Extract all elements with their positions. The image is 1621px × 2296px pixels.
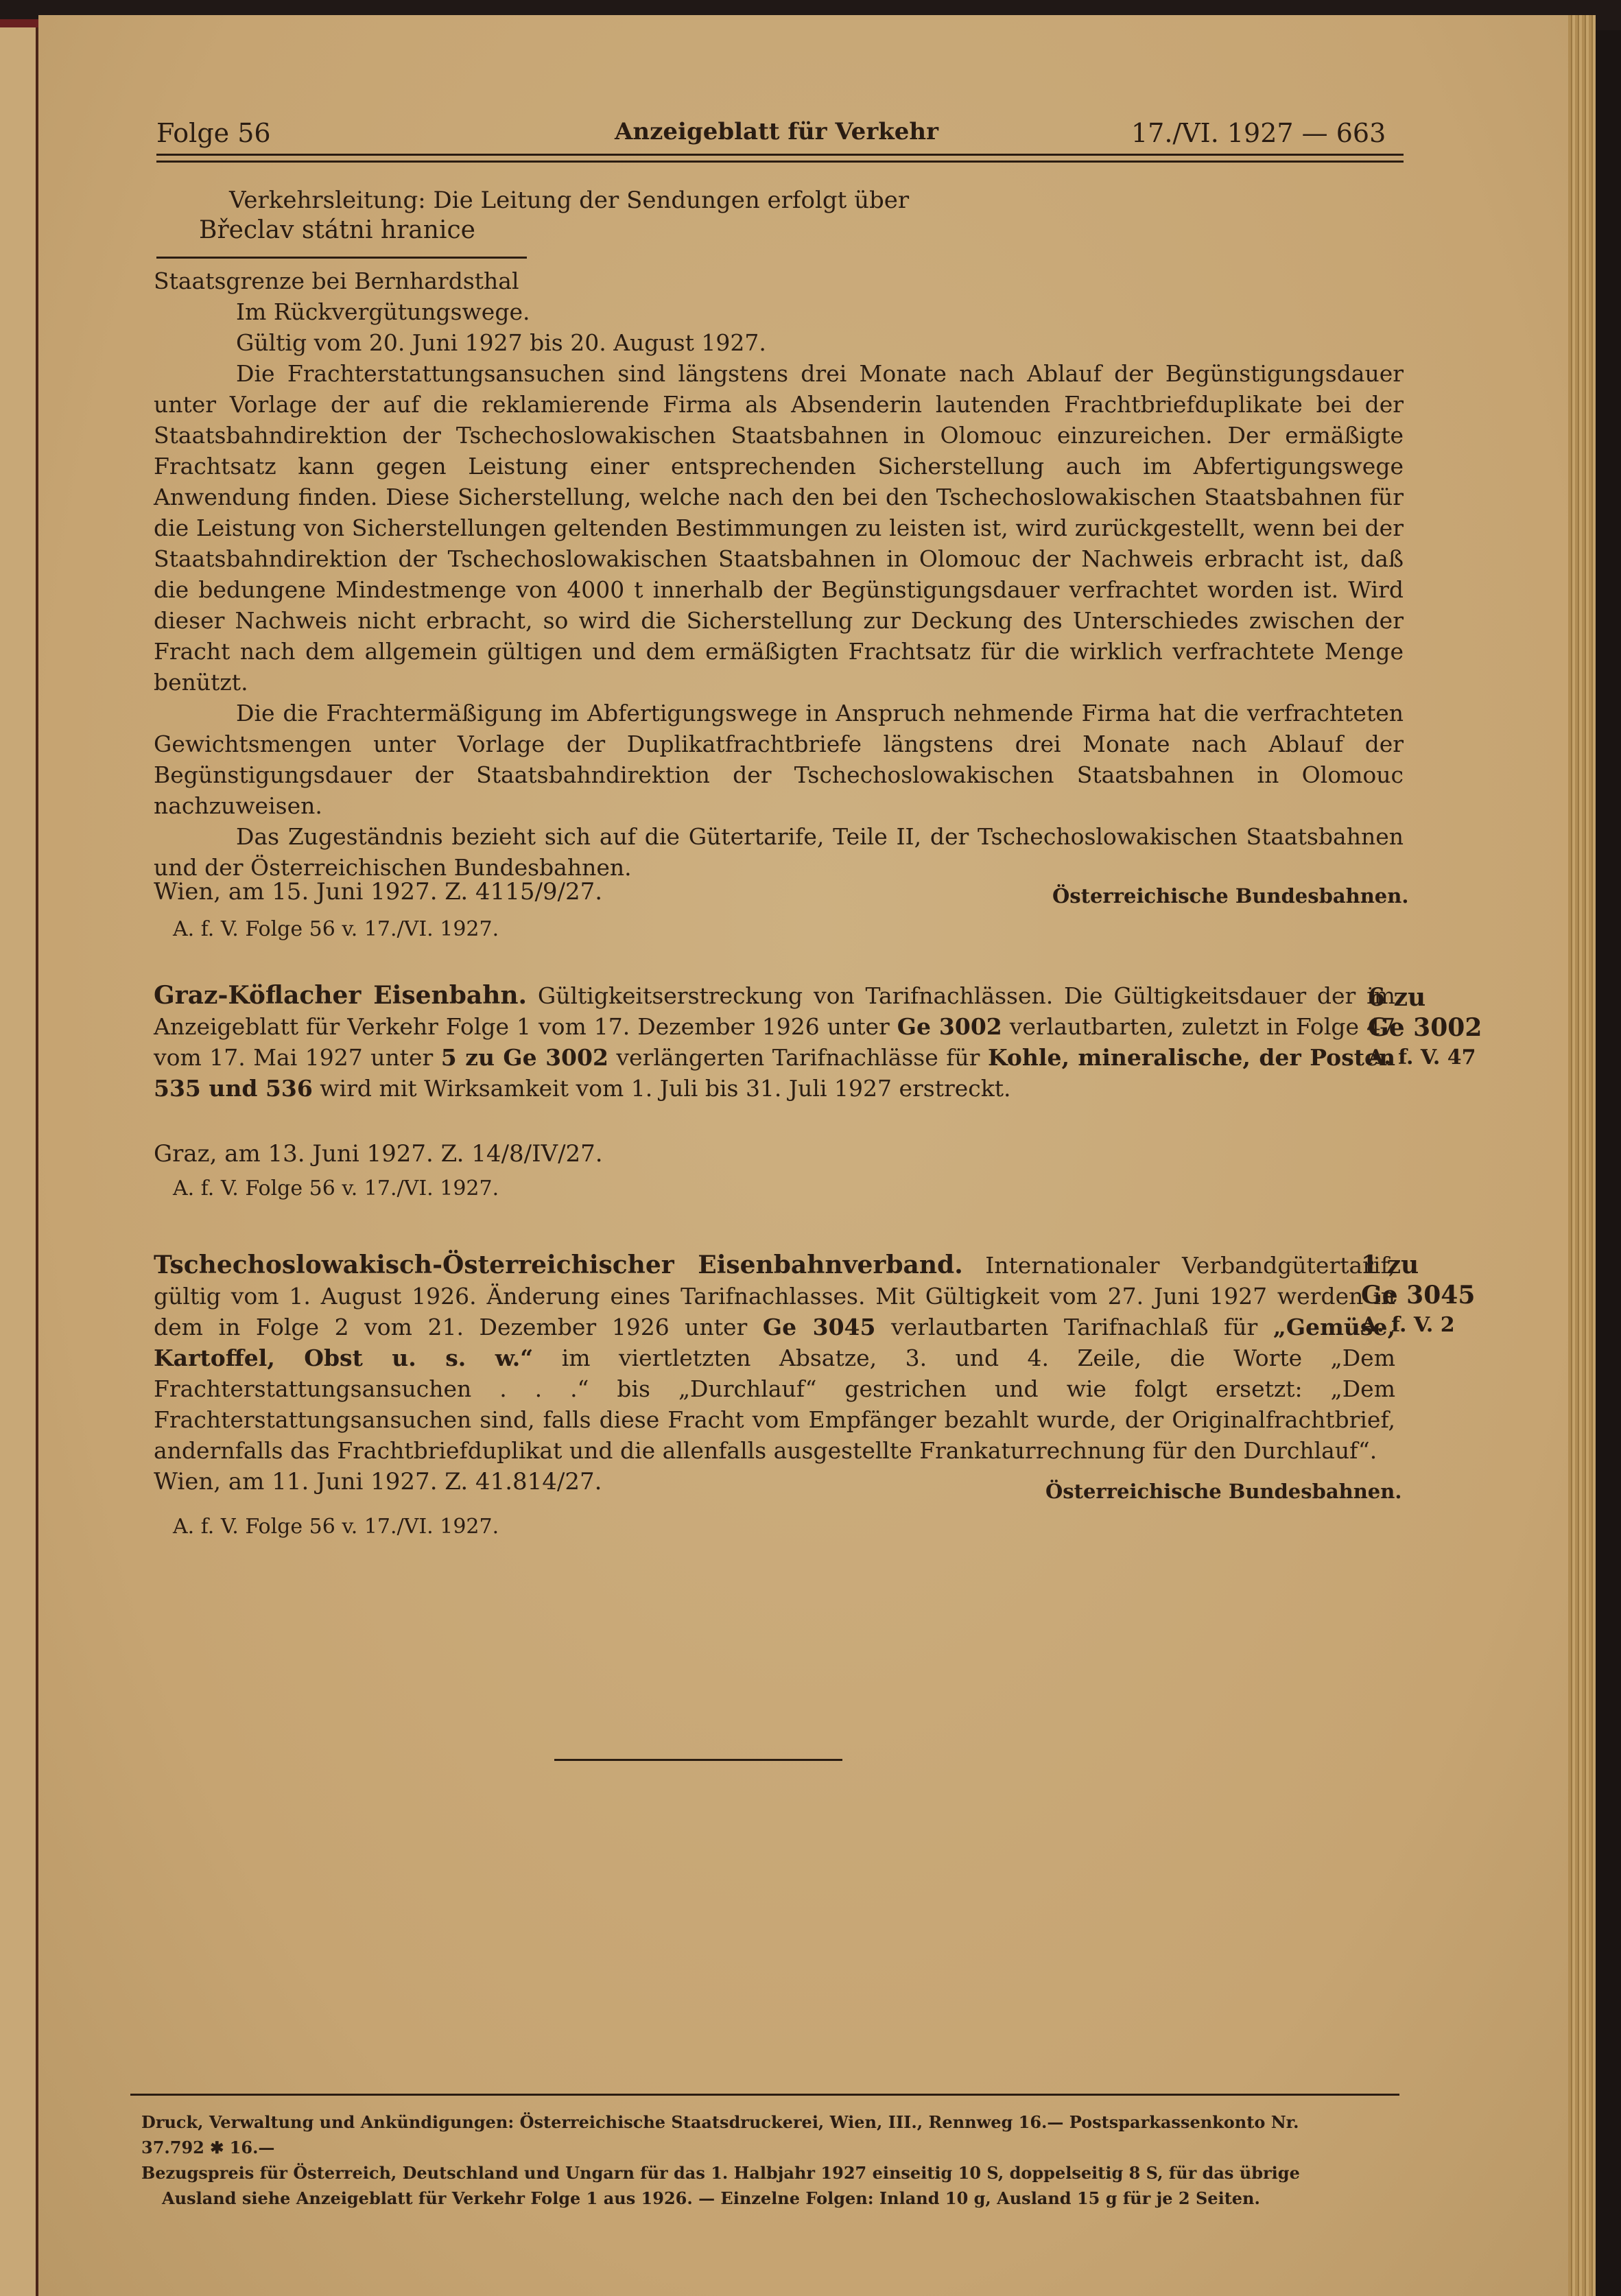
section3-tariff-ref: Ge 3045: [763, 1314, 876, 1340]
page-edges: [1568, 15, 1596, 2296]
paragraph-2: Die die Frachtermäßigung im Abfertigungs…: [154, 698, 1404, 821]
section2-body: Graz-Köflacher Eisenbahn. Gültigkeitsers…: [154, 980, 1395, 1104]
end-of-content-rule: [554, 1759, 842, 1761]
date-page-number: 17./VI. 1927 — 663: [1131, 118, 1386, 148]
previous-page-edge: [0, 27, 38, 2296]
section2-tariff-ref: Ge 3002: [897, 1013, 1002, 1040]
imprint-line-1: Druck, Verwaltung und Ankündigungen: Öst…: [141, 2109, 1362, 2160]
section3-signature: Österreichische Bundesbahnen.: [1045, 1480, 1401, 1503]
footer-rule: [130, 2094, 1399, 2096]
header-rule-bottom: [156, 161, 1404, 163]
section3-body: Tschechoslowakisch-Österreichischer Eise…: [154, 1250, 1395, 1466]
imprint-footer: Druck, Verwaltung und Ankündigungen: Öst…: [141, 2109, 1362, 2211]
header-rule-top: [156, 154, 1404, 156]
imprint-line-2: Bezugspreis für Österreich, Deutschland …: [141, 2160, 1362, 2186]
document-page: Folge 56 Anzeigeblatt für Verkehr 17./VI…: [38, 15, 1596, 2296]
routing-german: Staatsgrenze bei Bernhardsthal: [154, 265, 1404, 296]
section2-title: Graz-Köflacher Eisenbahn.: [154, 981, 527, 1010]
publication-title: Anzeigeblatt für Verkehr: [615, 118, 938, 145]
section1-reference: A. f. V. Folge 56 v. 17./VI. 1927.: [173, 917, 499, 941]
validity-period: Gültig vom 20. Juni 1927 bis 20. August …: [154, 327, 1404, 358]
routing-rule: [156, 257, 527, 259]
routing-czech: Břeclav státni hranice: [199, 216, 475, 244]
section2-place-date: Graz, am 13. Juni 1927. Z. 14/8/IV/27.: [154, 1140, 603, 1168]
section3-margin-note: 1 zu Ge 3045 A. f. V. 2: [1361, 1250, 1475, 1340]
section2-tariff-ref-2: 5 zu Ge 3002: [441, 1044, 608, 1071]
section3-place-date: Wien, am 11. Juni 1927. Z. 41.814/27.: [154, 1468, 602, 1495]
section3-text-2: verlautbarten Tarifnachlaß für: [875, 1314, 1273, 1340]
routing-label: Verkehrsleitung: Die Leitung der Sendung…: [229, 187, 909, 214]
paragraph-1: Die Frachterstattungsansuchen sind längs…: [154, 358, 1404, 698]
section1-body: Staatsgrenze bei Bernhardsthal Im Rückve…: [154, 265, 1404, 883]
paragraph-3: Das Zugeständnis bezieht sich auf die Gü…: [154, 821, 1404, 883]
issue-number: Folge 56: [156, 118, 271, 148]
section2-margin-note: 6 zu Ge 3002 A. f. V. 47: [1368, 982, 1482, 1073]
section2-reference: A. f. V. Folge 56 v. 17./VI. 1927.: [173, 1176, 499, 1200]
section1-place-date: Wien, am 15. Juni 1927. Z. 4115/9/27.: [154, 878, 602, 906]
section2-text-3: verlängerten Tarifnachlässe für: [608, 1044, 988, 1071]
section2-text-4: wird mit Wirksamkeit vom 1. Juli bis 31.…: [313, 1075, 1011, 1102]
imprint-line-3: Ausland siehe Anzeigeblatt für Verkehr F…: [141, 2186, 1362, 2211]
refund-mode: Im Rückvergütungswege.: [154, 296, 1404, 327]
section3-title: Tschechoslowakisch-Österreichischer Eise…: [154, 1251, 963, 1279]
section3-reference: A. f. V. Folge 56 v. 17./VI. 1927.: [173, 1515, 499, 1539]
section1-signature: Österreichische Bundesbahnen.: [1052, 884, 1408, 908]
